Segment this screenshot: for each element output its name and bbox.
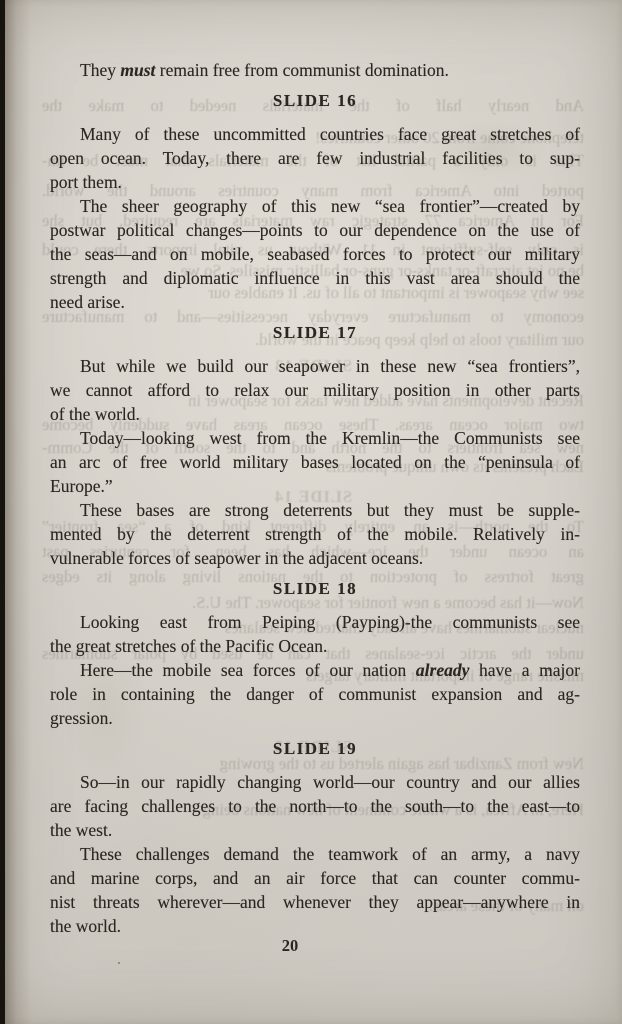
- text-segment: Here—the mobile sea forces of our nation: [80, 660, 416, 680]
- text-line: the seas—and on mobile, seabased forces …: [50, 242, 580, 266]
- page-number: 20: [0, 936, 580, 956]
- text-line: They must remain free from communist dom…: [50, 58, 580, 82]
- text-line: Today—looking west from the Kremlin—the …: [50, 426, 580, 450]
- text-line: role in containing the danger of communi…: [50, 682, 580, 706]
- text-line: Europe.”: [50, 474, 580, 498]
- text-line: mented by the deterrent strength of the …: [50, 522, 580, 546]
- text-line: and marine corps, and an air force that …: [50, 866, 580, 890]
- text-line: are facing challenges to the north—to th…: [50, 794, 580, 818]
- paragraph: They must remain free from communist dom…: [50, 58, 580, 82]
- text-line: strength and diplomatic influence in thi…: [50, 266, 580, 290]
- paragraph: These challenges demand the teamwork of …: [50, 842, 580, 938]
- text-line: Many of these uncommitted countries face…: [50, 122, 580, 146]
- text-line: an arc of free world military bases loca…: [50, 450, 580, 474]
- text-line: So—in our rapidly changing world—our cou…: [50, 770, 580, 794]
- emphasized-word: must: [120, 60, 155, 80]
- scanned-page: And nearly half of the materials needed …: [0, 0, 622, 1024]
- paragraph: Many of these uncommitted countries face…: [50, 122, 580, 194]
- paragraph: Here—the mobile sea forces of our nation…: [50, 658, 580, 730]
- page-text: They must remain free from communist dom…: [50, 58, 580, 938]
- paragraph: So—in our rapidly changing world—our cou…: [50, 770, 580, 842]
- scan-edge-shadow: [5, 0, 31, 1024]
- text-line: But while we build our seapower in these…: [50, 354, 580, 378]
- paragraph: The sheer geography of this new “sea fro…: [50, 194, 580, 314]
- text-line: the world.: [50, 914, 580, 938]
- paragraph: But while we build our seapower in these…: [50, 354, 580, 426]
- text-line: open ocean. Today, there are few industr…: [50, 146, 580, 170]
- slide-heading-16: SLIDE 16: [50, 89, 580, 113]
- text-segment: remain free from communist domination.: [155, 60, 449, 80]
- paragraph: These bases are strong deterrents but th…: [50, 498, 580, 570]
- text-line: port them.: [50, 170, 580, 194]
- emphasized-word: already: [416, 660, 469, 680]
- text-line: we cannot afford to relax our military p…: [50, 378, 580, 402]
- paper-speck: [118, 962, 120, 964]
- text-line: postwar political changes—points to our …: [50, 218, 580, 242]
- text-segment: have a major: [469, 660, 580, 680]
- text-line: need arise.: [50, 290, 580, 314]
- text-line: gression.: [50, 706, 580, 730]
- text-line: the great stretches of the Pacific Ocean…: [50, 634, 580, 658]
- text-line: These bases are strong deterrents but th…: [50, 498, 580, 522]
- slide-heading-18: SLIDE 18: [50, 577, 580, 601]
- text-line: the west.: [50, 818, 580, 842]
- slide-heading-17: SLIDE 17: [50, 321, 580, 345]
- text-line: The sheer geography of this new “sea fro…: [50, 194, 580, 218]
- text-line: vulnerable forces of seapower in the adj…: [50, 546, 580, 570]
- slide-heading-19: SLIDE 19: [50, 737, 580, 761]
- text-line: These challenges demand the teamwork of …: [50, 842, 580, 866]
- text-segment: They: [80, 60, 120, 80]
- text-line: Here—the mobile sea forces of our nation…: [50, 658, 580, 682]
- text-line: nist threats wherever—and whenever they …: [50, 890, 580, 914]
- text-line: Looking east from Peiping (Payping)-the …: [50, 610, 580, 634]
- text-line: of the world.: [50, 402, 580, 426]
- paragraph: Today—looking west from the Kremlin—the …: [50, 426, 580, 498]
- paragraph: Looking east from Peiping (Payping)-the …: [50, 610, 580, 658]
